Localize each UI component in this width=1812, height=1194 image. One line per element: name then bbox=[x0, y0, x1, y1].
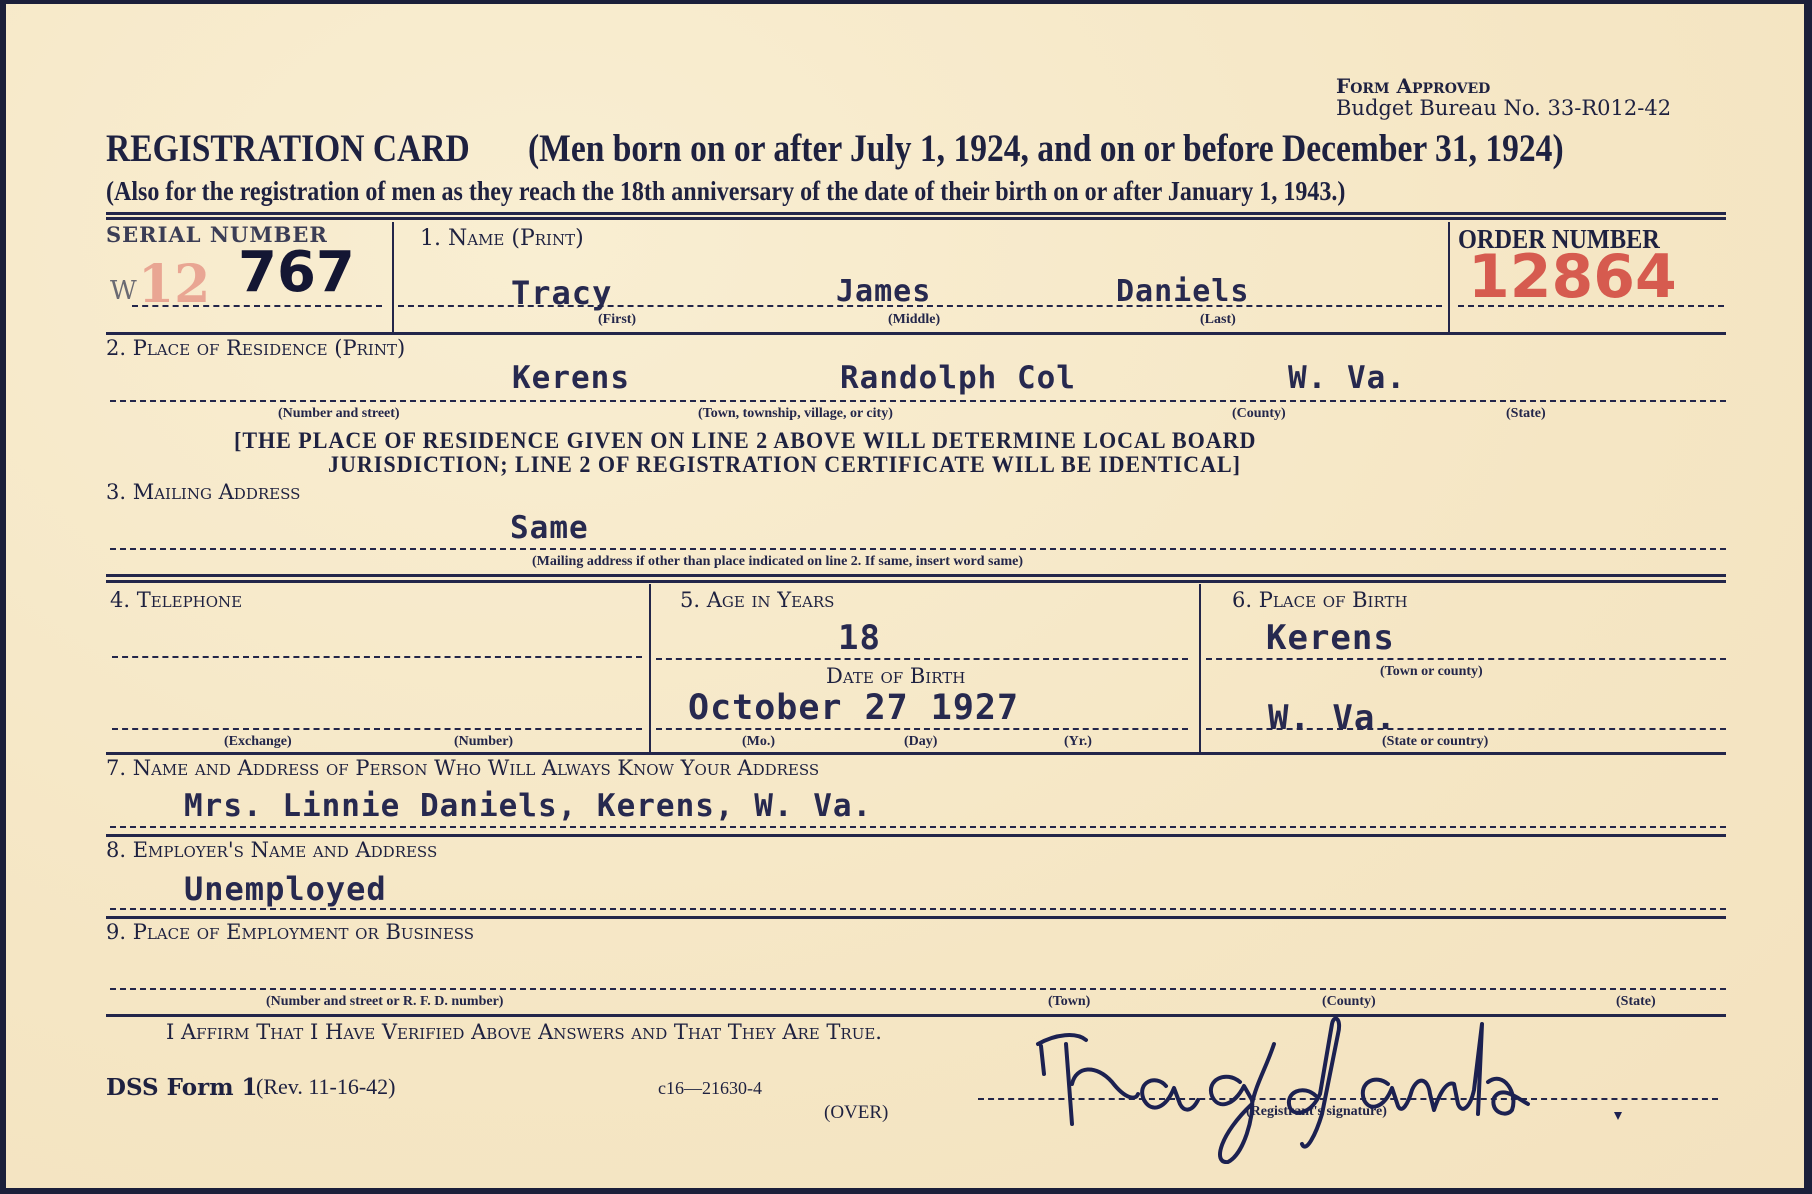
serial-line bbox=[132, 305, 382, 307]
print-code: c16—21630-4 bbox=[658, 1078, 762, 1099]
name-line bbox=[398, 305, 1442, 307]
residence-state-value[interactable]: W. Va. bbox=[1288, 360, 1406, 396]
divider bbox=[106, 212, 1726, 215]
form-approved-label: Form Approved bbox=[1336, 74, 1490, 98]
divider bbox=[106, 834, 1726, 837]
dob-line bbox=[656, 728, 1188, 730]
divider bbox=[1199, 584, 1201, 752]
name-label: 1. Name (Print) bbox=[420, 226, 584, 251]
telephone-exchange-line bbox=[112, 656, 642, 658]
over-label: (OVER) bbox=[824, 1102, 888, 1124]
contact-line bbox=[110, 826, 1726, 828]
divider bbox=[106, 752, 1726, 755]
day-caption: (Day) bbox=[904, 734, 937, 750]
employment-place-line bbox=[110, 988, 1726, 990]
birthplace-town-caption: (Town or county) bbox=[1380, 664, 1483, 680]
middle-caption: (Middle) bbox=[888, 312, 940, 328]
contact-label: 7. Name and Address of Person Who Will A… bbox=[106, 756, 819, 780]
residence-town-value[interactable]: Kerens bbox=[512, 360, 630, 396]
telephone-number-line bbox=[112, 728, 642, 730]
first-caption: (First) bbox=[598, 312, 636, 328]
number-caption: (Number) bbox=[454, 734, 513, 750]
mailing-label: 3. Mailing Address bbox=[106, 480, 300, 504]
state-caption: (State) bbox=[1506, 406, 1546, 422]
mailing-caption: (Mailing address if other than place ind… bbox=[532, 554, 1023, 570]
divider bbox=[649, 584, 651, 752]
age-value[interactable]: 18 bbox=[838, 618, 881, 658]
last-name-value[interactable]: Daniels bbox=[1116, 274, 1249, 309]
form-revision: (Rev. 11-16-42) bbox=[256, 1074, 396, 1100]
form-title: REGISTRATION CARD bbox=[106, 126, 470, 171]
budget-bureau-number: Budget Bureau No. 33-R012-42 bbox=[1336, 96, 1671, 120]
residence-notice-line2: JURISDICTION; LINE 2 OF REGISTRATION CER… bbox=[328, 452, 1241, 478]
year-caption: (Yr.) bbox=[1064, 734, 1092, 750]
birthplace-state-caption: (State or country) bbox=[1382, 734, 1488, 750]
divider bbox=[106, 916, 1726, 919]
registration-card: Form Approved Budget Bureau No. 33-R012-… bbox=[6, 4, 1804, 1188]
form-title-range: (Men born on or after July 1, 1924, and … bbox=[528, 126, 1564, 171]
dob-value[interactable]: October 27 1927 bbox=[688, 688, 1019, 728]
divider bbox=[106, 332, 1726, 335]
age-label: 5. Age in Years bbox=[680, 588, 834, 612]
mailing-value[interactable]: Same bbox=[510, 510, 589, 546]
last-caption: (Last) bbox=[1200, 312, 1236, 328]
residence-label: 2. Place of Residence (Print) bbox=[106, 336, 405, 360]
form-id: DSS Form 1 bbox=[106, 1074, 258, 1101]
residence-county-value[interactable]: Randolph Col bbox=[840, 360, 1076, 396]
birthplace-label: 6. Place of Birth bbox=[1232, 588, 1408, 612]
divider bbox=[106, 580, 1726, 583]
exchange-caption: (Exchange) bbox=[224, 734, 292, 750]
county-caption: (County) bbox=[1232, 406, 1286, 422]
residence-line bbox=[110, 400, 1726, 402]
form-subtitle: (Also for the registration of men as the… bbox=[106, 176, 1345, 207]
serial-prefix: W bbox=[110, 276, 137, 306]
dob-label: Date of Birth bbox=[826, 664, 965, 688]
employer-line bbox=[110, 908, 1726, 910]
order-line bbox=[1458, 305, 1724, 307]
birthplace-town-value[interactable]: Kerens bbox=[1266, 618, 1395, 658]
contact-value[interactable]: Mrs. Linnie Daniels, Kerens, W. Va. bbox=[184, 788, 872, 824]
affirmation-text: I Affirm That I Have Verified Above Answ… bbox=[166, 1020, 882, 1044]
employer-label: 8. Employer's Name and Address bbox=[106, 838, 437, 862]
employer-value[interactable]: Unemployed bbox=[184, 870, 387, 908]
serial-typed-number: 767 bbox=[238, 240, 355, 305]
birthplace-state-line bbox=[1206, 728, 1726, 730]
birthplace-state-value[interactable]: W. Va. bbox=[1268, 698, 1397, 738]
month-caption: (Mo.) bbox=[742, 734, 775, 750]
telephone-label: 4. Telephone bbox=[110, 588, 242, 612]
town-caption: (Town, township, village, or city) bbox=[698, 406, 893, 422]
birthplace-town-line bbox=[1206, 658, 1726, 660]
divider bbox=[1448, 222, 1450, 332]
registrant-signature[interactable] bbox=[1016, 1004, 1696, 1164]
street-caption: (Number and street) bbox=[278, 406, 400, 422]
divider bbox=[106, 574, 1726, 577]
age-line bbox=[656, 658, 1188, 660]
mailing-line bbox=[110, 548, 1726, 550]
order-number-value: 12864 bbox=[1468, 242, 1677, 312]
divider bbox=[392, 222, 394, 332]
employment-place-label: 9. Place of Employment or Business bbox=[106, 920, 474, 944]
residence-notice-line1: [THE PLACE OF RESIDENCE GIVEN ON LINE 2 … bbox=[234, 428, 1256, 454]
middle-name-value[interactable]: James bbox=[836, 274, 931, 309]
divider bbox=[106, 217, 1726, 220]
employment-street-caption: (Number and street or R. F. D. number) bbox=[266, 994, 503, 1010]
